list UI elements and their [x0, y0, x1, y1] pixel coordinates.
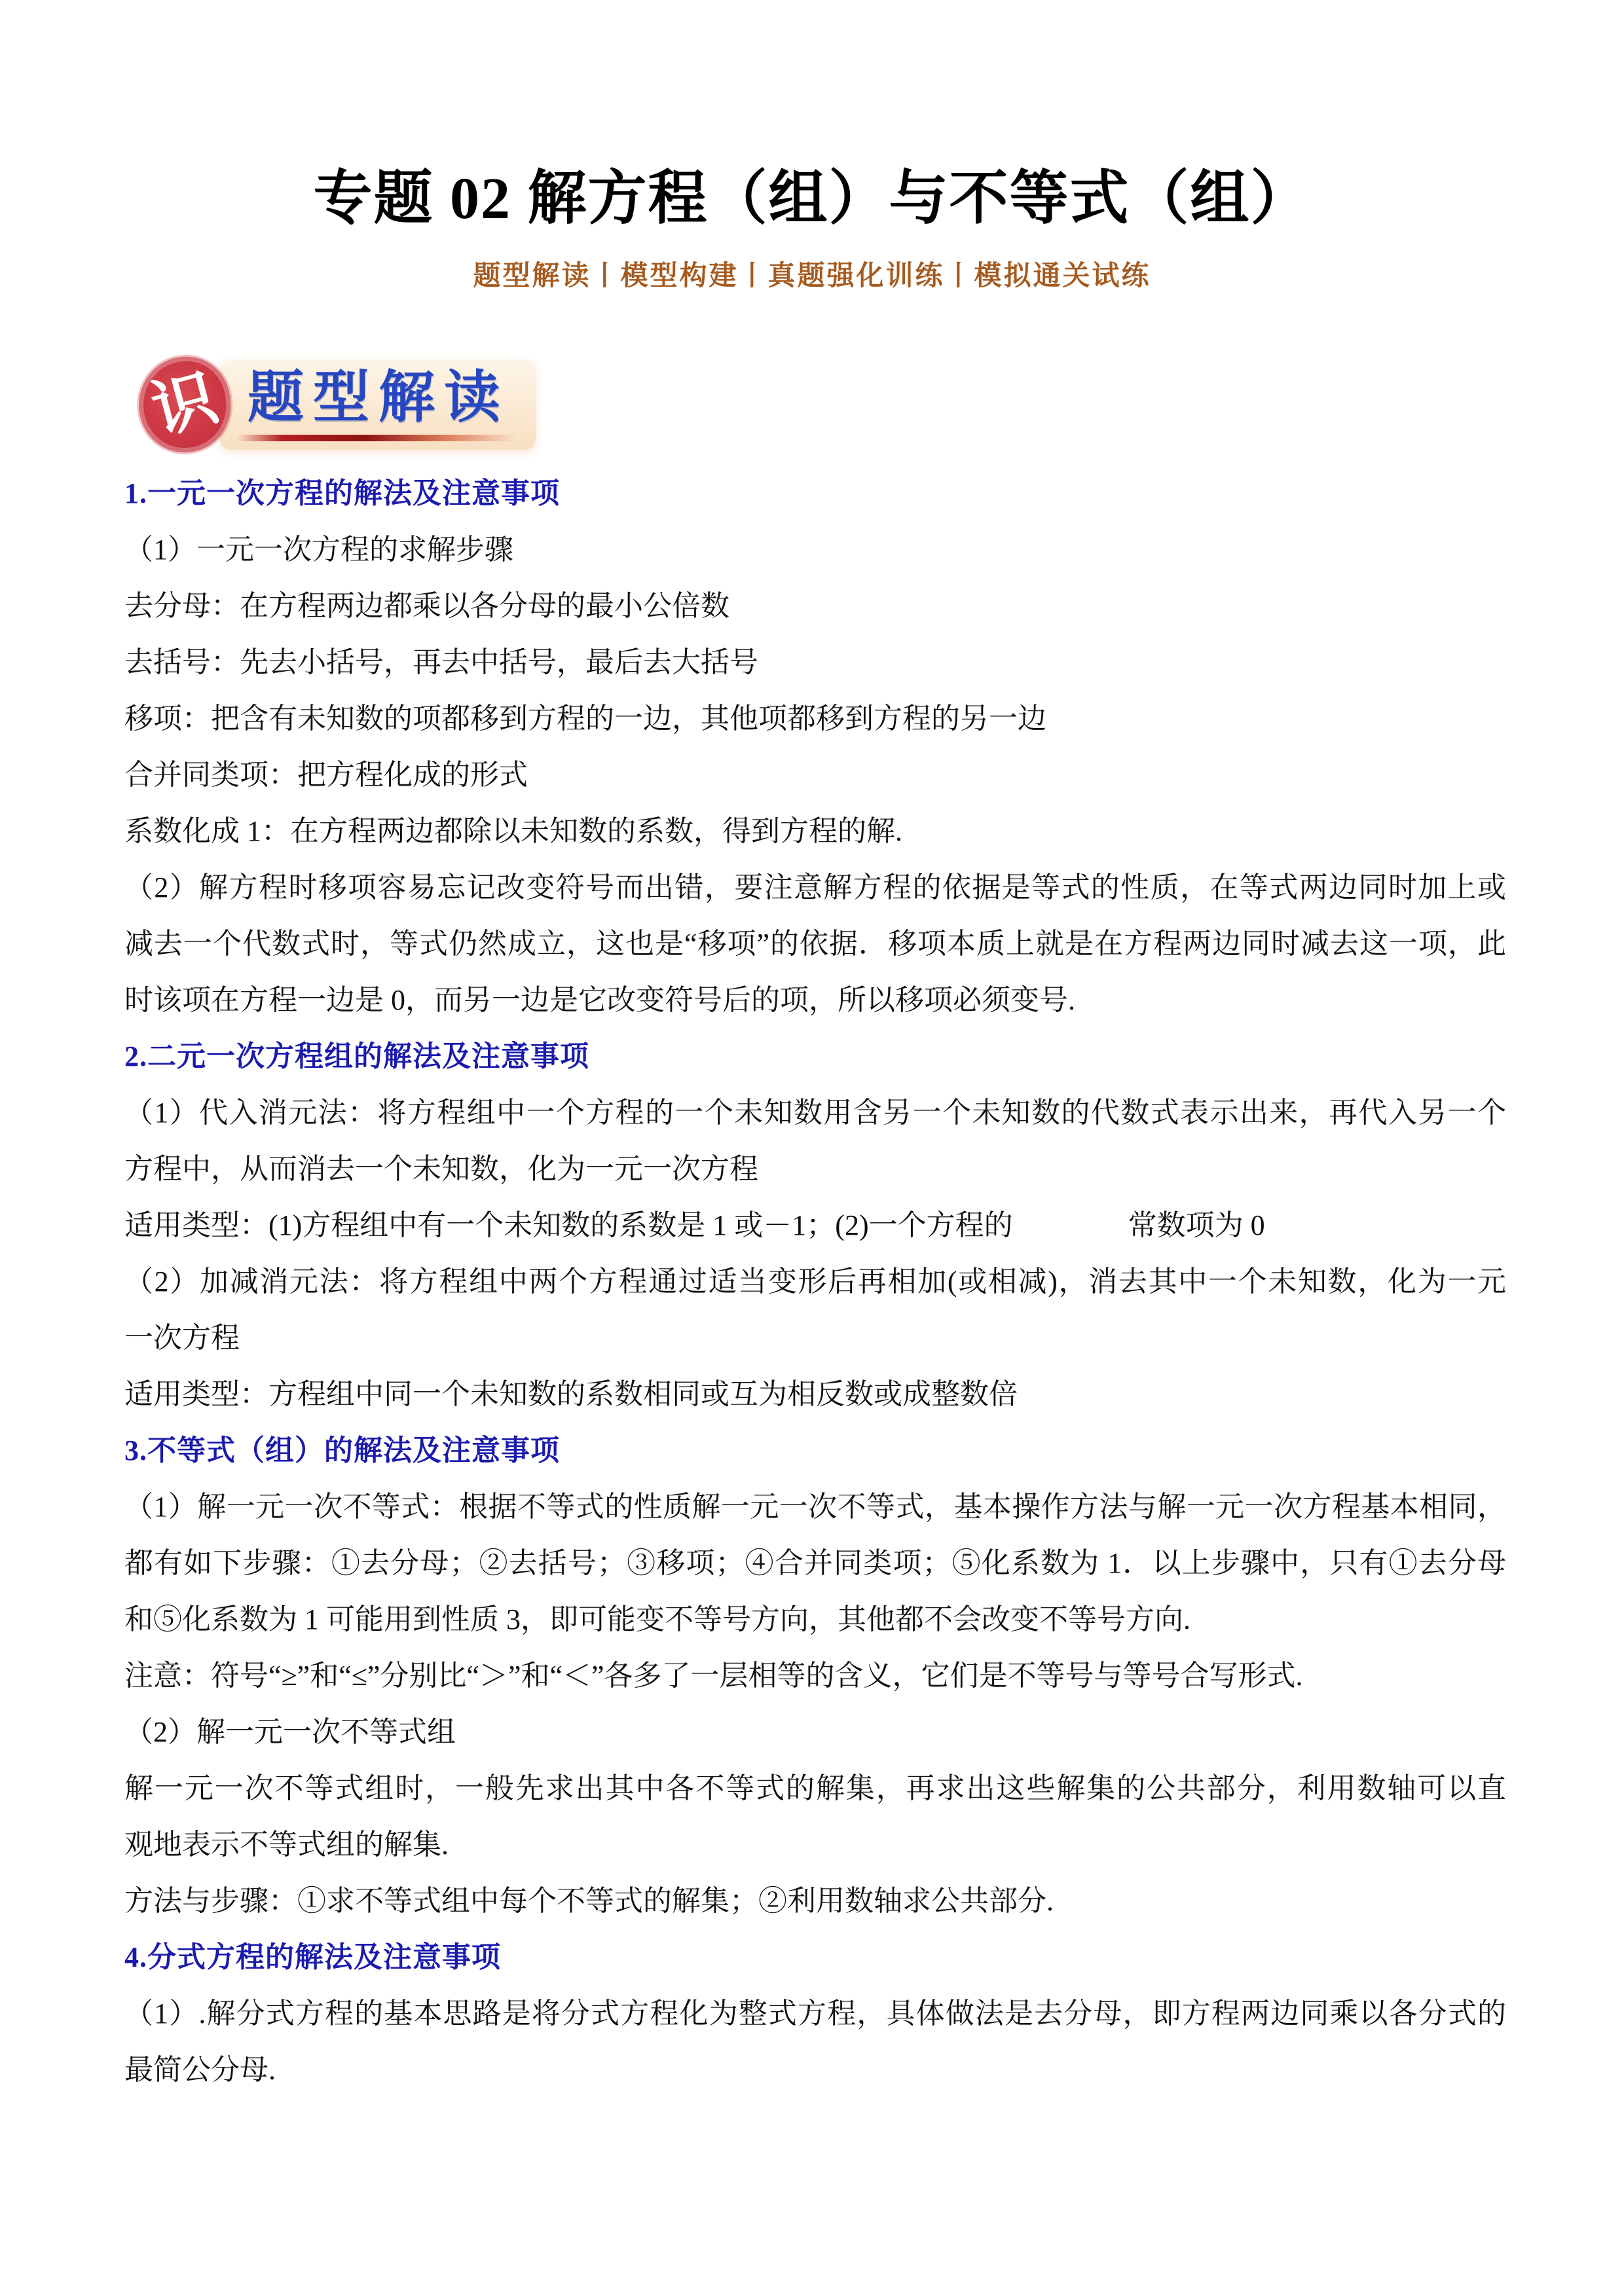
badge-box: 题型解读 [220, 360, 536, 450]
doc-line: 解一元一次不等式组时，一般先求出其中各不等式的解集，再求出这些解集的公共部分，利… [124, 1760, 1506, 1817]
doc-line: 最简公分母. [124, 2042, 1506, 2098]
doc-line: 时该项在方程一边是 0，而另一边是它改变符号后的项，所以移项必须变号. [124, 972, 1506, 1029]
doc-line: 去分母：在方程两边都乘以各分母的最小公倍数 [124, 578, 1506, 634]
doc-line: （1）解一元一次不等式：根据不等式的性质解一元一次不等式，基本操作方法与解一元一… [124, 1479, 1506, 1535]
doc-line: （1）一元一次方程的求解步骤 [124, 522, 1506, 578]
doc-line: 方程中，从而消去一个未知数，化为一元一次方程 [124, 1141, 1506, 1197]
doc-line: 移项：把含有未知数的项都移到方程的一边，其他项都移到方程的另一边 [124, 691, 1506, 747]
doc-line: （1）代入消元法：将方程组中一个方程的一个未知数用含另一个未知数的代数式表示出来… [124, 1085, 1506, 1141]
doc-line: 去括号：先去小括号，再去中括号，最后去大括号 [124, 634, 1506, 691]
doc-line: 合并同类项：把方程化成的形式 [124, 747, 1506, 803]
page-title: 专题 02 解方程（组）与不等式（组） [0, 162, 1624, 236]
section-heading: 4.分式方程的解法及注意事项 [124, 1929, 1506, 1986]
section-badge: 识 题型解读 [139, 352, 1624, 458]
doc-line: 减去一个代数式时，等式仍然成立，这也是“移项”的依据．移项本质上就是在方程两边同… [124, 916, 1506, 972]
doc-line: 注意：符号“≥”和“≤”分别比“＞”和“＜”各多了一层相等的含义，它们是不等号与… [124, 1648, 1506, 1704]
section-heading: 1.一元一次方程的解法及注意事项 [124, 465, 1506, 522]
badge-label: 题型解读 [248, 366, 509, 429]
doc-line: 和⑤化系数为 1 可能用到性质 3，即可能变不等号方向，其他都不会改变不等号方向… [124, 1592, 1506, 1648]
doc-line: 系数化成 1：在方程两边都除以未知数的系数，得到方程的解. [124, 803, 1506, 860]
doc-line: （2）解方程时移项容易忘记改变符号而出错，要注意解方程的依据是等式的性质，在等式… [124, 860, 1506, 916]
page-subtitle: 题型解读丨模型构建丨真题强化训练丨模拟通关试练 [0, 259, 1624, 295]
doc-line: 适用类型：(1)方程组中有一个未知数的系数是 1 或－1；(2)一个方程的 常数… [124, 1197, 1506, 1254]
badge-underline-decoration [237, 435, 516, 441]
doc-line: （1）.解分式方程的基本思路是将分式方程化为整式方程，具体做法是去分母，即方程两… [124, 1986, 1506, 2042]
section-heading: 2.二元一次方程组的解法及注意事项 [124, 1029, 1506, 1085]
doc-line: 一次方程 [124, 1310, 1506, 1366]
section-heading: 3.不等式（组）的解法及注意事项 [124, 1423, 1506, 1479]
doc-line: （2）解一元一次不等式组 [124, 1704, 1506, 1760]
seal-character: 识 [146, 366, 223, 443]
doc-line: 观地表示不等式组的解集. [124, 1817, 1506, 1873]
doc-line: （2）加减消元法：将方程组中两个方程通过适当变形后再相加(或相减)，消去其中一个… [124, 1254, 1506, 1310]
content-lines: 1.一元一次方程的解法及注意事项（1）一元一次方程的求解步骤去分母：在方程两边都… [124, 465, 1506, 2098]
doc-line: 都有如下步骤：①去分母；②去括号；③移项；④合并同类项；⑤化系数为 1．以上步骤… [124, 1535, 1506, 1592]
doc-line: 方法与步骤：①求不等式组中每个不等式的解集；②利用数轴求公共部分. [124, 1873, 1506, 1929]
document-page: 专题 02 解方程（组）与不等式（组） 题型解读丨模型构建丨真题强化训练丨模拟通… [0, 0, 1624, 2296]
doc-line: 适用类型：方程组中同一个未知数的系数相同或互为相反数或成整数倍 [124, 1366, 1506, 1423]
